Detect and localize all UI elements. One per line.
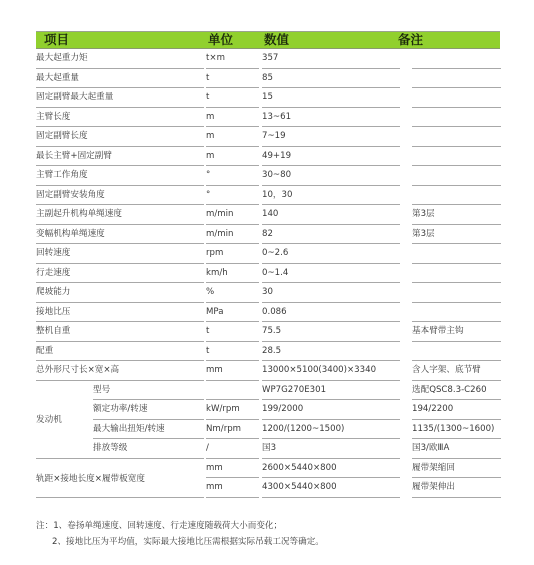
engine-row-label: 最大输出扭矩/转速: [93, 420, 204, 440]
row-label: 整机自重: [36, 322, 204, 342]
engine-group: 发动机型号WP7G270E301选配QSC8.3-C260额定功率/转速kW/r…: [36, 381, 500, 459]
row-label: 回转速度: [36, 244, 204, 264]
row-label: 主臂长度: [36, 108, 204, 128]
row-note: [412, 303, 501, 323]
row-value: 75.5: [262, 322, 400, 342]
engine-row-value: 199/2000: [262, 400, 400, 420]
table-row: 最大起重力矩t×m357: [36, 49, 500, 69]
table-row: 整机自重t75.5基本臂带主钩: [36, 322, 500, 342]
row-note: [412, 88, 501, 108]
track-group: 轨距×接地长度×履带板宽度mm2600×5440×800履带架缩回mm4300×…: [36, 459, 500, 498]
row-value: 0~1.4: [262, 264, 400, 284]
row-label: 固定副臂安装角度: [36, 186, 204, 206]
row-unit: °: [206, 186, 259, 206]
footnote-1: 注：1、卷扬单绳速度、回转速度、行走速度随载荷大小而变化；: [36, 518, 324, 534]
table-row: 主副起升机构单绳速度m/min140第3层: [36, 205, 500, 225]
row-label: 固定副臂最大起重量: [36, 88, 204, 108]
row-label: 配重: [36, 342, 204, 362]
row-value: 13000×5100(3400)×3340: [262, 361, 400, 381]
table-row: 总外形尺寸长×宽×高mm13000×5100(3400)×3340含人字架、底节…: [36, 361, 500, 381]
row-note: [412, 264, 501, 284]
row-unit: m: [206, 108, 259, 128]
track-row-unit: mm: [206, 459, 259, 479]
engine-row-note: 1135/(1300~1600): [412, 420, 501, 440]
engine-row-note: 选配QSC8.3-C260: [412, 381, 501, 401]
table-row: 行走速度km/h0~1.4: [36, 264, 500, 284]
row-label: 最大起重量: [36, 69, 204, 89]
track-row-value: 4300×5440×800: [262, 478, 400, 498]
table-row: 回转速度rpm0~2.6: [36, 244, 500, 264]
table-row: 接地比压MPa0.086: [36, 303, 500, 323]
table-row: 主臂工作角度°30~80: [36, 166, 500, 186]
table-row: 固定副臂最大起重量t15: [36, 88, 500, 108]
row-note: 第3层: [412, 225, 501, 245]
row-value: 30: [262, 283, 400, 303]
row-unit: km/h: [206, 264, 259, 284]
row-label: 主副起升机构单绳速度: [36, 205, 204, 225]
row-note: 含人字架、底节臂: [412, 361, 501, 381]
row-value: 357: [262, 49, 400, 69]
row-unit: t: [206, 322, 259, 342]
engine-row-note: 194/2200: [412, 400, 501, 420]
row-note: [412, 108, 501, 128]
row-unit: m/min: [206, 225, 259, 245]
row-unit: t: [206, 69, 259, 89]
engine-row-unit: /: [206, 439, 259, 459]
row-label: 行走速度: [36, 264, 204, 284]
row-unit: t: [206, 342, 259, 362]
table-row: 最长主臂+固定副臂m49+19: [36, 147, 500, 167]
engine-row-note: 国3/欧ⅢA: [412, 439, 501, 459]
table-header: 项目 单位 数值 备注: [36, 31, 500, 49]
track-row-value: 2600×5440×800: [262, 459, 400, 479]
row-value: 30~80: [262, 166, 400, 186]
row-note: [412, 69, 501, 89]
row-unit: MPa: [206, 303, 259, 323]
track-label: 轨距×接地长度×履带板宽度: [36, 459, 204, 498]
row-label: 爬坡能力: [36, 283, 204, 303]
row-unit: %: [206, 283, 259, 303]
row-unit: t×m: [206, 49, 259, 69]
row-label: 固定副臂长度: [36, 127, 204, 147]
row-unit: mm: [206, 361, 259, 381]
row-value: 7~19: [262, 127, 400, 147]
row-note: [412, 342, 501, 362]
engine-row-label: 型号: [93, 381, 204, 401]
row-note: [412, 147, 501, 167]
engine-row-unit: kW/rpm: [206, 400, 259, 420]
header-unit: 单位: [208, 32, 233, 48]
row-note: [412, 166, 501, 186]
engine-row-value: 国3: [262, 439, 400, 459]
row-note: 基本臂带主钩: [412, 322, 501, 342]
footnote-2: 2、接地比压为平均值，实际最大接地比压需根据实际吊载工况等确定。: [36, 534, 324, 550]
table-row: 爬坡能力%30: [36, 283, 500, 303]
row-label: 最长主臂+固定副臂: [36, 147, 204, 167]
engine-row-unit: [206, 381, 259, 401]
engine-row-label: 排放等级: [36, 439, 204, 459]
row-note: [412, 283, 501, 303]
engine-row-unit: Nm/rpm: [206, 420, 259, 440]
table-row: 变幅机构单绳速度m/min82第3层: [36, 225, 500, 245]
header-note: 备注: [398, 32, 423, 48]
table-row: 最大起重量t85: [36, 69, 500, 89]
row-value: 0~2.6: [262, 244, 400, 264]
row-value: 13~61: [262, 108, 400, 128]
table-row: 配重t28.5: [36, 342, 500, 362]
engine-row-value: WP7G270E301: [262, 381, 400, 401]
row-unit: rpm: [206, 244, 259, 264]
row-unit: m/min: [206, 205, 259, 225]
row-unit: °: [206, 166, 259, 186]
row-value: 49+19: [262, 147, 400, 167]
row-unit: m: [206, 147, 259, 167]
header-item: 项目: [44, 32, 69, 48]
row-unit: m: [206, 127, 259, 147]
row-note: [412, 244, 501, 264]
track-row-note: 履带架缩回: [412, 459, 501, 479]
row-label: 主臂工作角度: [36, 166, 204, 186]
row-label: 变幅机构单绳速度: [36, 225, 204, 245]
row-label: 总外形尺寸长×宽×高: [36, 361, 204, 381]
row-label: 最大起重力矩: [36, 49, 204, 69]
row-value: 140: [262, 205, 400, 225]
track-row-unit: mm: [206, 478, 259, 498]
row-unit: t: [206, 88, 259, 108]
row-value: 28.5: [262, 342, 400, 362]
row-value: 15: [262, 88, 400, 108]
header-value: 数值: [264, 32, 289, 48]
row-value: 0.086: [262, 303, 400, 323]
engine-row-label: 额定功率/转速: [93, 400, 204, 420]
engine-row-value: 1200/(1200~1500): [262, 420, 400, 440]
row-note: [412, 49, 501, 69]
track-row-note: 履带架伸出: [412, 478, 501, 498]
table-row: 固定副臂安装角度°10，30: [36, 186, 500, 206]
row-value: 10，30: [262, 186, 400, 206]
row-label: 接地比压: [36, 303, 204, 323]
row-value: 82: [262, 225, 400, 245]
table-row: 固定副臂长度m7~19: [36, 127, 500, 147]
spec-table: 最大起重力矩t×m357最大起重量t85固定副臂最大起重量t15主臂长度m13~…: [36, 49, 500, 498]
row-note: [412, 127, 501, 147]
row-note: [412, 186, 501, 206]
table-row: 主臂长度m13~61: [36, 108, 500, 128]
row-value: 85: [262, 69, 400, 89]
footnotes: 注：1、卷扬单绳速度、回转速度、行走速度随载荷大小而变化； 2、接地比压为平均值…: [36, 518, 324, 550]
row-note: 第3层: [412, 205, 501, 225]
